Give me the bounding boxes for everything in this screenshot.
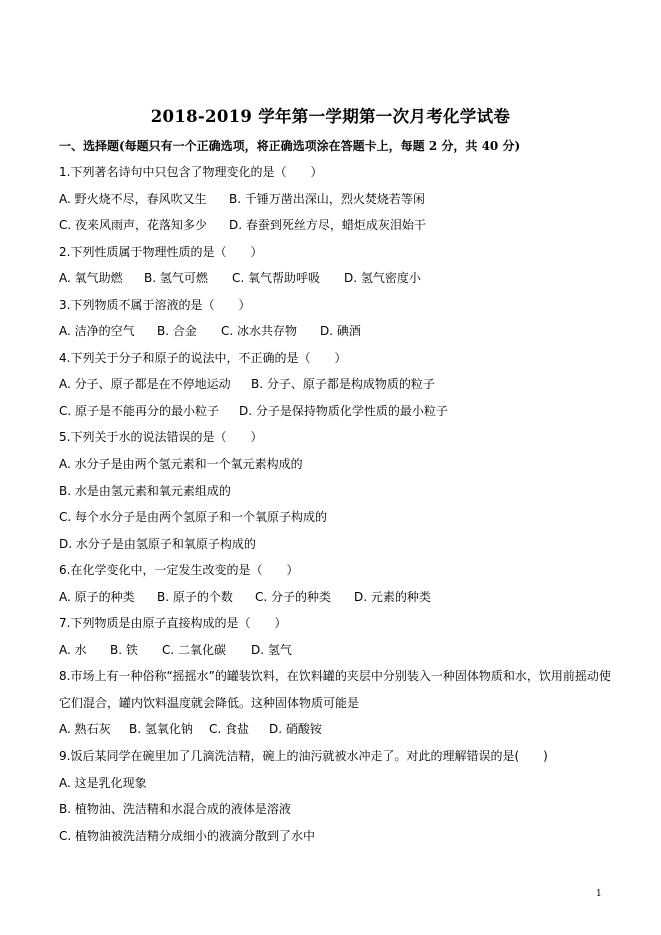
question-1-options-row-1: A. 野火烧不尽，春风吹又生B. 千锤万凿出深山，烈火焚烧若等闲 bbox=[59, 192, 425, 206]
exam-title: 2018-2019 学年第一学期第一次月考化学试卷 bbox=[0, 103, 661, 127]
option-a: A. 分子、原子都是在不停地运动 bbox=[59, 377, 251, 391]
option-a: A. 水 bbox=[59, 643, 110, 657]
option-c: C. 冰水共存物 bbox=[221, 324, 320, 338]
option-b: B. 千锤万凿出深山，烈火焚烧若等闲 bbox=[229, 192, 425, 206]
question-1-options-row-2: C. 夜来风雨声，花落知多少D. 春蚕到死丝方尽，蜡炬成灰泪始干 bbox=[59, 218, 426, 232]
option-d: D. 氢气密度小 bbox=[344, 271, 421, 285]
option-c: C. 二氧化碳 bbox=[162, 643, 251, 657]
option-a: A. 原子的种类 bbox=[59, 590, 157, 604]
question-9-stem: 9.饭后某同学在碗里加了几滴洗洁精，碗上的油污就被水冲走了。对此的理解错误的是(… bbox=[59, 749, 548, 763]
option-d: D. 分子是保持物质化学性质的最小粒子 bbox=[239, 404, 448, 418]
question-2-options: A. 氧气助燃B. 氢气可燃C. 氧气帮助呼吸D. 氢气密度小 bbox=[59, 271, 421, 285]
option-a: A. 氧气助燃 bbox=[59, 271, 144, 285]
question-2-stem: 2.下列性质属于物理性质的是（ ） bbox=[59, 245, 262, 259]
option-c: C. 分子的种类 bbox=[255, 590, 354, 604]
option-c: C. 原子是不能再分的最小粒子 bbox=[59, 404, 239, 418]
question-6-options: A. 原子的种类B. 原子的个数C. 分子的种类D. 元素的种类 bbox=[59, 590, 431, 604]
option-b: B. 原子的个数 bbox=[157, 590, 255, 604]
option-d: D. 氢气 bbox=[251, 643, 292, 657]
question-4-options-row-1: A. 分子、原子都是在不停地运动B. 分子、原子都是构成物质的粒子 bbox=[59, 377, 435, 391]
question-5-option-a: A. 水分子是由两个氢元素和一个氧元素构成的 bbox=[59, 457, 303, 471]
question-8-options: A. 熟石灰B. 氢氧化钠C. 食盐D. 硝酸铵 bbox=[59, 722, 322, 736]
question-5-stem: 5.下列关于水的说法错误的是（ ） bbox=[59, 430, 262, 444]
option-a: A. 洁净的空气 bbox=[59, 324, 157, 338]
option-b: B. 氢氧化钠 bbox=[129, 722, 209, 736]
question-7-stem: 7.下列物质是由原子直接构成的是（ ） bbox=[59, 616, 286, 630]
question-5-option-b: B. 水是由氢元素和氧元素组成的 bbox=[59, 484, 231, 498]
question-3-options: A. 洁净的空气B. 合金C. 冰水共存物D. 碘酒 bbox=[59, 324, 361, 338]
question-9-option-c: C. 植物油被洗洁精分成细小的液滴分散到了水中 bbox=[59, 829, 315, 843]
question-6-stem: 6.在化学变化中，一定发生改变的是（ ） bbox=[59, 563, 298, 577]
page-number: 1 bbox=[596, 889, 602, 899]
section-heading: 一、选择题(每题只有一个正确选项，将正确选项涂在答题卡上，每题 2 分，共 40… bbox=[59, 137, 520, 154]
question-1-stem: 1.下列著名诗句中只包含了物理变化的是（ ） bbox=[59, 165, 322, 179]
option-a: A. 野火烧不尽，春风吹又生 bbox=[59, 192, 229, 206]
question-5-option-d: D. 水分子是由氢原子和氧原子构成的 bbox=[59, 537, 256, 551]
option-d: D. 碘酒 bbox=[320, 324, 361, 338]
option-d: D. 元素的种类 bbox=[354, 590, 431, 604]
option-c: C. 食盐 bbox=[209, 722, 269, 736]
question-8-stem: 8.市场上有一种俗称“摇摇水”的罐装饮料，在饮料罐的夹层中分别装入一种固体物质和… bbox=[59, 669, 611, 683]
question-9-option-a: A. 这是乳化现象 bbox=[59, 776, 147, 790]
question-3-stem: 3.下列物质不属于溶液的是（ ） bbox=[59, 298, 250, 312]
option-d: D. 春蚕到死丝方尽，蜡炬成灰泪始干 bbox=[229, 218, 426, 232]
question-4-stem: 4.下列关于分子和原子的说法中，不正确的是（ ） bbox=[59, 351, 346, 365]
question-8-stem-continued: 它们混合，罐内饮料温度就会降低。这种固体物质可能是 bbox=[59, 696, 359, 710]
option-c: C. 夜来风雨声，花落知多少 bbox=[59, 218, 229, 232]
option-b: B. 合金 bbox=[157, 324, 221, 338]
option-a: A. 熟石灰 bbox=[59, 722, 129, 736]
option-b: B. 分子、原子都是构成物质的粒子 bbox=[251, 377, 435, 391]
question-9-option-b: B. 植物油、洗洁精和水混合成的液体是溶液 bbox=[59, 802, 291, 816]
option-b: B. 铁 bbox=[110, 643, 162, 657]
question-4-options-row-2: C. 原子是不能再分的最小粒子D. 分子是保持物质化学性质的最小粒子 bbox=[59, 404, 448, 418]
option-b: B. 氢气可燃 bbox=[144, 271, 232, 285]
option-c: C. 氧气帮助呼吸 bbox=[232, 271, 344, 285]
option-d: D. 硝酸铵 bbox=[269, 722, 322, 736]
question-7-options: A. 水B. 铁C. 二氧化碳D. 氢气 bbox=[59, 643, 292, 657]
question-5-option-c: C. 每个水分子是由两个氢原子和一个氧原子构成的 bbox=[59, 510, 327, 524]
